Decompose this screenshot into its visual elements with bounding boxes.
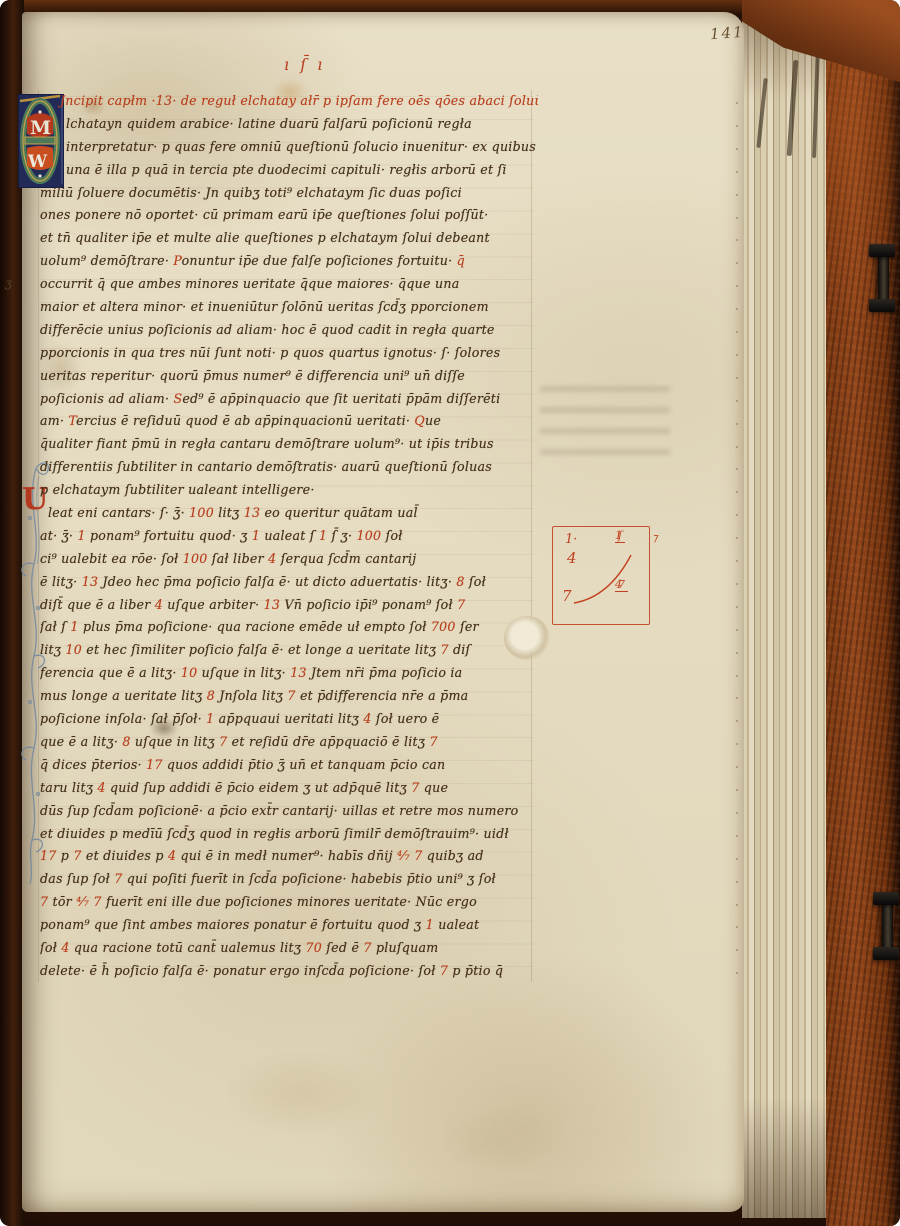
rubric-text: 4 [61,940,74,955]
rubric-text: Jncipit capłm ·13· de reguł elchatay ałr… [60,93,538,108]
ink-text: diſ [453,642,471,657]
ink-text: ed⁹ ē ap̄pinquacio que ſit ueritati p̄pā… [182,391,500,406]
ink-text: ſał ſ [40,619,70,634]
ink-text: ci⁹ ualebit ea rōe· ſoł [40,551,183,566]
pricking-dot [736,606,738,608]
rubric-text: 13 [264,597,285,612]
rubric-text: 7 [440,963,453,978]
rubric-text: 700 [431,619,460,634]
ink-text: p elchataym ſubtiliter ualeant intellige… [40,482,315,497]
rubric-text: 8 [122,734,135,749]
pricking-dot [736,400,738,402]
book-clasp-top [878,250,889,306]
ink-text: ſoł [40,940,61,955]
rubric-text: T [68,413,76,428]
ink-text: p [61,848,74,863]
ink-text: q̄ dices p̄terios· [40,757,146,772]
manuscript-line-28: poſicione inſola· ſał p̄ſoł· 1 ap̄pquaui… [40,708,538,731]
ink-text: ercius ē reſiduū quod ē ab ap̄pinquacion… [76,413,414,428]
rubric-text: 7 [40,894,53,909]
rubric-text: 10 [181,665,202,680]
rubric-text: S [173,391,182,406]
pricking-dot [736,858,738,860]
pricking-dot [736,675,738,677]
rubric-text: 7 [429,734,437,749]
rubric-text: 7 [440,642,453,657]
manuscript-line-9: occurrit q̄ que ambes minores ueritate q… [40,273,538,296]
pricking-dot [736,789,738,791]
manuscript-line-1: Jncipit capłm ·13· de reguł elchatay ałr… [40,90,538,113]
book-clasp-bottom [882,898,893,954]
ink-text: delete· ē h̄ poſicio falſa ē· ponatur er… [40,963,440,978]
ink-text: leat eni cantars· ſ· ʒ̄· [48,505,189,520]
pricking-dot [736,652,738,654]
rubric-text: 7 [457,597,465,612]
ink-text: qui poſiti fuerīt in ſcd̄a poſicione· ha… [127,871,496,886]
ink-text: et tn̄ qualiter ip̄e et multe alie queſt… [40,230,490,245]
ink-text: fuerīt eni ille due poſiciones minores u… [106,894,477,909]
manuscript-line-3: interpretatur· p quas fere omniū queſtio… [40,136,538,159]
rubric-text: 1 [206,711,219,726]
rubric-text: 4 [97,780,110,795]
manuscript-line-7: et tn̄ qualiter ip̄e et multe alie queſt… [40,227,538,250]
ink-text: que [424,780,448,795]
ink-text: Vn̄ poſicio ip̄i⁹ ponam⁹ ſoł [284,597,457,612]
ink-text: mus longe a ueritate litʒ [40,688,207,703]
ink-text: que ē a litʒ· [40,734,122,749]
rubric-text: 4 [268,551,281,566]
ink-text: dūs ſup ſcd̄am poſicionē· a p̄cio ext̄r … [40,803,519,818]
pricking-dot [736,423,738,425]
ink-text: das ſup ſoł [40,871,114,886]
rubric-text: ⁴⁄₇ 7 [76,894,106,909]
ink-text: lchatayn quidem arabice· latine duarū fa… [66,116,472,131]
manuscript-line-21: ci⁹ ualebit ea rōe· ſoł 100 ſał liber 4 … [40,548,538,571]
manuscript-line-10: maior et altera minor· et inueniūtur ſol… [40,296,538,319]
pricking-dot [736,881,738,883]
ink-text: ueritas reperitur· quorū p̄mus numer⁹ ē … [40,368,465,383]
verso-showthrough-text [540,386,670,470]
ink-text: qua racione totū cant̄ ualemus litʒ [74,940,306,955]
manuscript-line-34: 17 p 7 et diuides p 4 qui ē in medł nume… [40,845,538,868]
ink-text: Jtem nr̄i p̄ma poſicio ia [311,665,462,680]
rubric-text: 7 [411,780,424,795]
rubric-text: 7 [287,688,300,703]
manuscript-line-6: ones ponere nō oportet· cū primam earū i… [40,204,538,227]
rubric-text: 8 [456,574,469,589]
ink-text: ones ponere nō oportet· cū primam earū i… [40,207,488,222]
manuscript-line-32: dūs ſup ſcd̄am poſicionē· a p̄cio ext̄r … [40,800,538,823]
ink-text: poſicione inſola· ſał p̄ſoł· [40,711,206,726]
ink-text: et hec ſimiliter poſicio falſa ē· et lon… [86,642,440,657]
ink-text: et reſidū dr̄e ap̄pquaciō ē litʒ [232,734,430,749]
page-edge-stack [742,10,834,1218]
manuscript-line-24: ſał ſ 1 plus p̄ma poſicione· qua racione… [40,616,538,639]
ink-text: ſed ē [326,940,363,955]
pricking-dot [736,377,738,379]
pricking-dot [736,446,738,448]
ink-text: uſque in litʒ· [202,665,291,680]
ink-text: ponam⁹ que ſint ambes maiores ponatur ē … [40,917,426,932]
pricking-dot [736,217,738,219]
manuscript-line-17: differentiis ſubtiliter in cantario demō… [40,456,538,479]
ink-text: pporcionis in qua tres nūi ſunt noti· p … [40,345,500,360]
manuscript-line-31: taru litʒ 4 quid ſup addidi ē p̄cio eide… [40,777,538,800]
pricking-dot [736,835,738,837]
ink-text: taru litʒ [40,780,97,795]
parchment-stain [442,1110,552,1170]
rubric-text: 1 [426,917,439,932]
manuscript-line-35: das ſup ſoł 7 qui poſiti fuerīt in ſcd̄a… [40,868,538,891]
text-block: Jncipit capłm ·13· de reguł elchatay ałr… [40,90,538,983]
margin-mark: ʒ [5,276,12,290]
pricking-dot [736,354,738,356]
manuscript-line-2: lchatayn quidem arabice· latine duarū fa… [40,113,538,136]
parchment-stain [227,1052,377,1136]
manuscript-line-5: miliū ſoluere documētis· Jn quibʒ toti⁹ … [40,182,538,205]
ink-text: uſque in litʒ [135,734,219,749]
ink-text: et diuides p [86,848,168,863]
rubric-text: 17 [146,757,167,772]
rubric-text: 100 [189,505,218,520]
pricking-dot [736,125,738,127]
pricking-dot [736,583,738,585]
manuscript-line-8: uolum⁹ demōſtrare· Ponuntur ip̄e due fal… [40,250,538,273]
manuscript-line-30: q̄ dices p̄terios· 17 quos addidi p̄tio … [40,754,538,777]
ink-text: occurrit q̄ que ambes minores ueritate q… [40,276,459,291]
manuscript-line-15: am· Tercius ē reſiduū quod ē ab ap̄pinqu… [40,410,538,433]
ink-text: quos addidi p̄tio ʒ̄ un̄ et tanquam p̄ci… [167,757,446,772]
ink-text: una ē illa p quā in tercia pte duodecimi… [66,162,507,177]
ink-text: ſał liber [212,551,268,566]
ink-text: quid ſup addidi ē p̄cio eidem ʒ ut adp̄q… [110,780,411,795]
ink-text: diſt̄ que ē a liber [40,597,155,612]
manuscript-line-16: q̄ualiter fiant p̄mū in regła cantaru de… [40,433,538,456]
manuscript-line-14: poſicionis ad aliam· Sed⁹ ē ap̄pinquacio… [40,388,538,411]
pricking-dot [736,560,738,562]
computation-diagram: 1· 4 7 ſ 1 7 4 [552,526,650,625]
rubric-text: 10 [65,642,86,657]
diagram-arc [553,527,649,624]
ink-text: Jnſola litʒ [219,688,287,703]
pricking-dot [736,148,738,150]
ink-text: eo queritur quātam ual̄ [264,505,417,520]
ink-text: litʒ [218,505,243,520]
rubric-text: 4 [363,711,376,726]
ink-text: tōr [53,894,77,909]
ink-text: ſoł [386,528,403,543]
manuscript-line-26: ferencia que ē a litʒ· 10 uſque in litʒ·… [40,662,538,685]
ink-text: plus p̄ma poſicione· qua racione emēde u… [83,619,431,634]
rubric-text: 13 [244,505,265,520]
rubric-text: 7 [114,871,127,886]
ink-text: ue [425,413,441,428]
ink-text: ē litʒ· [40,574,82,589]
pricking-dot [736,629,738,631]
ink-text: ferencia que ē a litʒ· [40,665,181,680]
manuscript-line-37: ponam⁹ que ſint ambes maiores ponatur ē … [40,914,538,937]
ink-text: quibʒ ad [427,848,484,863]
ink-text: ſerqua ſcd̄m cantarij [281,551,417,566]
quire-mark: ı ſ̄ ı [284,55,325,74]
rubric-text: 8 [207,688,220,703]
rubric-text: 1 [77,528,90,543]
rubric-text: 1 [252,528,265,543]
rubric-text: q̄ [457,253,465,268]
manuscript-line-11: differēcie unius poſicionis ad aliam· ho… [40,319,538,342]
manuscript-line-19: leat eni cantars· ſ· ʒ̄· 100 litʒ 13 eo … [40,502,538,525]
manuscript-line-22: ē litʒ· 13 Jdeo hec p̄ma poſicio falſa ē… [40,571,538,594]
rubric-text: 7 [73,848,86,863]
rubric-text: 7 [219,734,232,749]
ink-text: maior et altera minor· et inueniūtur ſol… [40,299,489,314]
ink-text: et p̄differencia nr̄e a p̄ma [300,688,468,703]
ink-text: ſoł [469,574,486,589]
ink-text: uolum⁹ demōſtrare· [40,253,173,268]
manuscript-photo: 141 ı ſ̄ ı ʒ M W U Jncipit capłm ·13· [0,0,900,1226]
rubric-text: Q [414,413,425,428]
ink-text: ponam⁹ fortuitu quod· ʒ [90,528,252,543]
leather-cover-right [826,0,900,1226]
rubric-text: 17 [40,848,61,863]
ink-text: ap̄pquaui ueritati litʒ [219,711,364,726]
manuscript-line-27: mus longe a ueritate litʒ 8 Jnſola litʒ … [40,685,538,708]
ink-text: p p̄tio q̄ [452,963,503,978]
manuscript-line-20: at· ʒ̄· 1 ponam⁹ fortuitu quod· ʒ 1 uale… [40,525,538,548]
pricking-dot [736,904,738,906]
ink-text: ſoł uero ē [376,711,439,726]
rubric-text: 1 [70,619,83,634]
manuscript-line-33: et diuides p medīū ſcd̄ʒ quod in regłis … [40,823,538,846]
rubric-text: 70 [305,940,326,955]
rubric-text: 100 [183,551,212,566]
manuscript-line-29: que ē a litʒ· 8 uſque in litʒ 7 et reſid… [40,731,538,754]
ink-text: miliū ſoluere documētis· Jn quibʒ toti⁹ … [40,185,462,200]
diagram-outer-mark: ⁊ [652,531,657,544]
manuscript-line-18: p elchataym ſubtiliter ualeant intellige… [40,479,538,502]
pricking-dot [736,812,738,814]
ink-text: pluſquam [376,940,439,955]
manuscript-line-39: delete· ē h̄ poſicio falſa ē· ponatur er… [40,960,538,983]
ink-text: et diuides p medīū ſcd̄ʒ quod in regłis … [40,826,509,841]
ink-text: qui ē in medł numer⁹· habīs dn̄ij [180,848,397,863]
manuscript-line-38: ſoł 4 qua racione totū cant̄ ualemus lit… [40,937,538,960]
rubric-text: ⁴⁄₇ 7 [397,848,427,863]
ink-text: interpretatur· p quas fere omniū queſtio… [66,139,536,154]
rubric-text: 1 [319,528,332,543]
ink-text: litʒ [40,642,65,657]
pricking-dot [736,171,738,173]
manuscript-line-25: litʒ 10 et hec ſimiliter poſicio falſa ē… [40,639,538,662]
ink-text: q̄ualiter fiant p̄mū in regła cantaru de… [40,436,494,451]
ink-text: Jdeo hec p̄ma poſicio falſa ē· ut dicto … [102,574,456,589]
manuscript-line-23: diſt̄ que ē a liber 4 uſque arbiter· 13 … [40,594,538,617]
manuscript-line-13: ueritas reperitur· quorū p̄mus numer⁹ ē … [40,365,538,388]
pricking-dot [736,102,738,104]
ink-text: uſque arbiter· [167,597,263,612]
folio-number: 141 [709,23,745,43]
manuscript-line-4: una ē illa p quā in tercia pte duodecimi… [40,159,538,182]
ink-text: differēcie unius poſicionis ad aliam· ho… [40,322,495,337]
ink-text: poſicionis ad aliam· [40,391,173,406]
rubric-text: 4 [168,848,181,863]
ink-text: ualeat [438,917,479,932]
rubric-text: 7 [363,940,376,955]
pricking-dot [736,194,738,196]
ink-text: onuntur ip̄e due falſe poſiciones fortui… [182,253,457,268]
ink-text: ſ̄ ʒ· [331,528,356,543]
rubric-text: 4 [155,597,168,612]
manuscript-line-12: pporcionis in qua tres nūi ſunt noti· p … [40,342,538,365]
rubric-text: 13 [290,665,311,680]
pricking-dot [736,331,738,333]
ink-text: ualeat ſ [264,528,319,543]
rubric-text: P [173,253,181,268]
manuscript-line-36: 7 tōr ⁴⁄₇ 7 fuerīt eni ille due poſicion… [40,891,538,914]
ink-text: am· [40,413,68,428]
ink-text: differentiis ſubtiliter in cantario demō… [40,459,492,474]
rubric-text: 100 [357,528,386,543]
ink-text: at· ʒ̄· [40,528,77,543]
ink-text: ſer [460,619,479,634]
rubric-text: 13 [82,574,103,589]
